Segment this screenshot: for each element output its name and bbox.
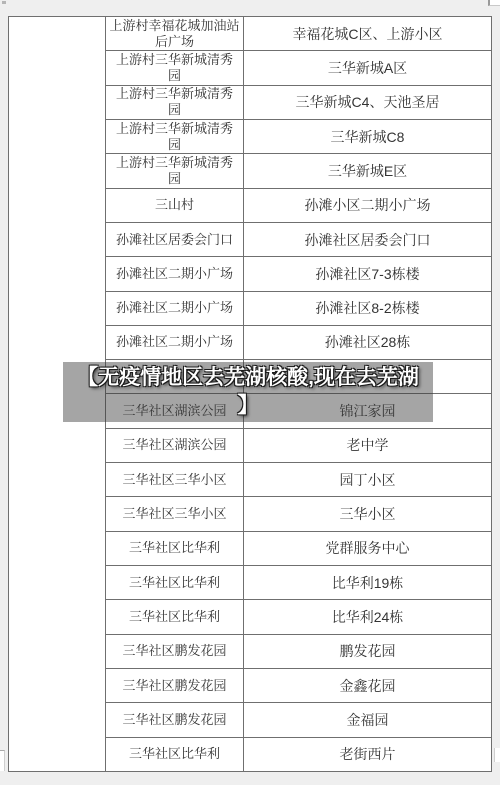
table-row <box>106 360 491 394</box>
table-row: 上游村三华新城清秀 园 三华新城C4、天池圣居 <box>106 86 491 120</box>
area-cell: 三华新城C4、天池圣居 <box>244 86 491 119</box>
site-cell: 上游村幸福花城加油站 后广场 <box>106 17 244 50</box>
area-cell: 金鑫花园 <box>244 669 491 702</box>
site-cell: 孙滩社区二期小广场 <box>106 326 244 359</box>
area-cell: 三华新城A区 <box>244 51 491 84</box>
site-cell: 上游村三华新城清秀 园 <box>106 120 244 153</box>
site-cell: 三华社区比华利 <box>106 600 244 633</box>
table-rows: 上游村幸福花城加油站 后广场 幸福花城C区、上游小区 上游村三华新城清秀 园 三… <box>106 17 491 771</box>
area-cell: 三华新城E区 <box>244 154 491 187</box>
area-cell: 金福园 <box>244 703 491 736</box>
site-cell: 三华社区比华利 <box>106 738 244 771</box>
area-cell: 三华小区 <box>244 497 491 530</box>
site-cell: 孙滩社区二期小广场 <box>106 292 244 325</box>
site-cell: 三华社区湖滨公园 <box>106 394 244 427</box>
site-cell: 三华社区比华利 <box>106 532 244 565</box>
table-row: 上游村幸福花城加油站 后广场 幸福花城C区、上游小区 <box>106 17 491 51</box>
table-row: 三华社区三华小区 园丁小区 <box>106 463 491 497</box>
area-cell: 鹏发花园 <box>244 635 491 668</box>
area-cell: 老中学 <box>244 429 491 462</box>
corner-artifact-bottom-right <box>494 748 500 762</box>
site-cell: 三华社区比华利 <box>106 566 244 599</box>
table-row: 三华社区比华利 党群服务中心 <box>106 532 491 566</box>
site-cell: 上游村三华新城清秀 园 <box>106 86 244 119</box>
table-row: 上游村三华新城清秀 园 三华新城E区 <box>106 154 491 188</box>
table-row: 三山村 孙滩小区二期小广场 <box>106 189 491 223</box>
table-row: 孙滩社区居委会门口 孙滩社区居委会门口 <box>106 223 491 257</box>
table-row: 三华社区鹏发花园 金福园 <box>106 703 491 737</box>
area-cell: 幸福花城C区、上游小区 <box>244 17 491 50</box>
corner-artifact-top-right <box>488 0 500 6</box>
area-cell: 孙滩社区28栋 <box>244 326 491 359</box>
area-cell: 孙滩社区8-2栋楼 <box>244 292 491 325</box>
site-cell: 孙滩社区居委会门口 <box>106 223 244 256</box>
table-row: 孙滩社区二期小广场 孙滩社区8-2栋楼 <box>106 292 491 326</box>
table-row: 上游村三华新城清秀 园 三华新城C8 <box>106 120 491 154</box>
table-row: 三华社区鹏发花园 金鑫花园 <box>106 669 491 703</box>
site-cell: 三华社区鹏发花园 <box>106 703 244 736</box>
table-row: 上游村三华新城清秀 园 三华新城A区 <box>106 51 491 85</box>
corner-artifact-bottom-left <box>0 750 5 771</box>
table-row: 三华社区三华小区 三华小区 <box>106 497 491 531</box>
site-cell <box>106 360 244 393</box>
site-cell: 三华社区湖滨公园 <box>106 429 244 462</box>
area-cell: 三华新城C8 <box>244 120 491 153</box>
table-row: 三华社区比华利 比华利24栋 <box>106 600 491 634</box>
area-cell: 孙滩小区二期小广场 <box>244 189 491 222</box>
site-cell: 三华社区三华小区 <box>106 463 244 496</box>
sampling-sites-table: 上游村幸福花城加油站 后广场 幸福花城C区、上游小区 上游村三华新城清秀 园 三… <box>8 16 492 772</box>
table-row: 三华社区比华利 老街西片 <box>106 738 491 771</box>
site-cell: 三华社区鹏发花园 <box>106 669 244 702</box>
site-cell: 上游村三华新城清秀 园 <box>106 154 244 187</box>
site-cell: 三华社区三华小区 <box>106 497 244 530</box>
empty-left-column <box>9 17 106 771</box>
area-cell: 比华利19栋 <box>244 566 491 599</box>
table-row: 孙滩社区二期小广场 孙滩社区28栋 <box>106 326 491 360</box>
site-cell: 三山村 <box>106 189 244 222</box>
area-cell: 园丁小区 <box>244 463 491 496</box>
area-cell: 老街西片 <box>244 738 491 771</box>
table-row: 三华社区湖滨公园 锦江家园 <box>106 394 491 428</box>
site-cell: 上游村三华新城清秀 园 <box>106 51 244 84</box>
area-cell: 孙滩社区居委会门口 <box>244 223 491 256</box>
area-cell: 党群服务中心 <box>244 532 491 565</box>
table-row: 孙滩社区二期小广场 孙滩社区7-3栋楼 <box>106 257 491 291</box>
area-cell: 锦江家园 <box>244 394 491 427</box>
area-cell: 比华利24栋 <box>244 600 491 633</box>
table-row: 三华社区湖滨公园 老中学 <box>106 429 491 463</box>
site-cell: 三华社区鹏发花园 <box>106 635 244 668</box>
corner-artifact-top-left <box>2 1 6 4</box>
area-cell <box>244 360 491 393</box>
area-cell: 孙滩社区7-3栋楼 <box>244 257 491 290</box>
table-row: 三华社区鹏发花园 鹏发花园 <box>106 635 491 669</box>
site-cell: 孙滩社区二期小广场 <box>106 257 244 290</box>
table-row: 三华社区比华利 比华利19栋 <box>106 566 491 600</box>
